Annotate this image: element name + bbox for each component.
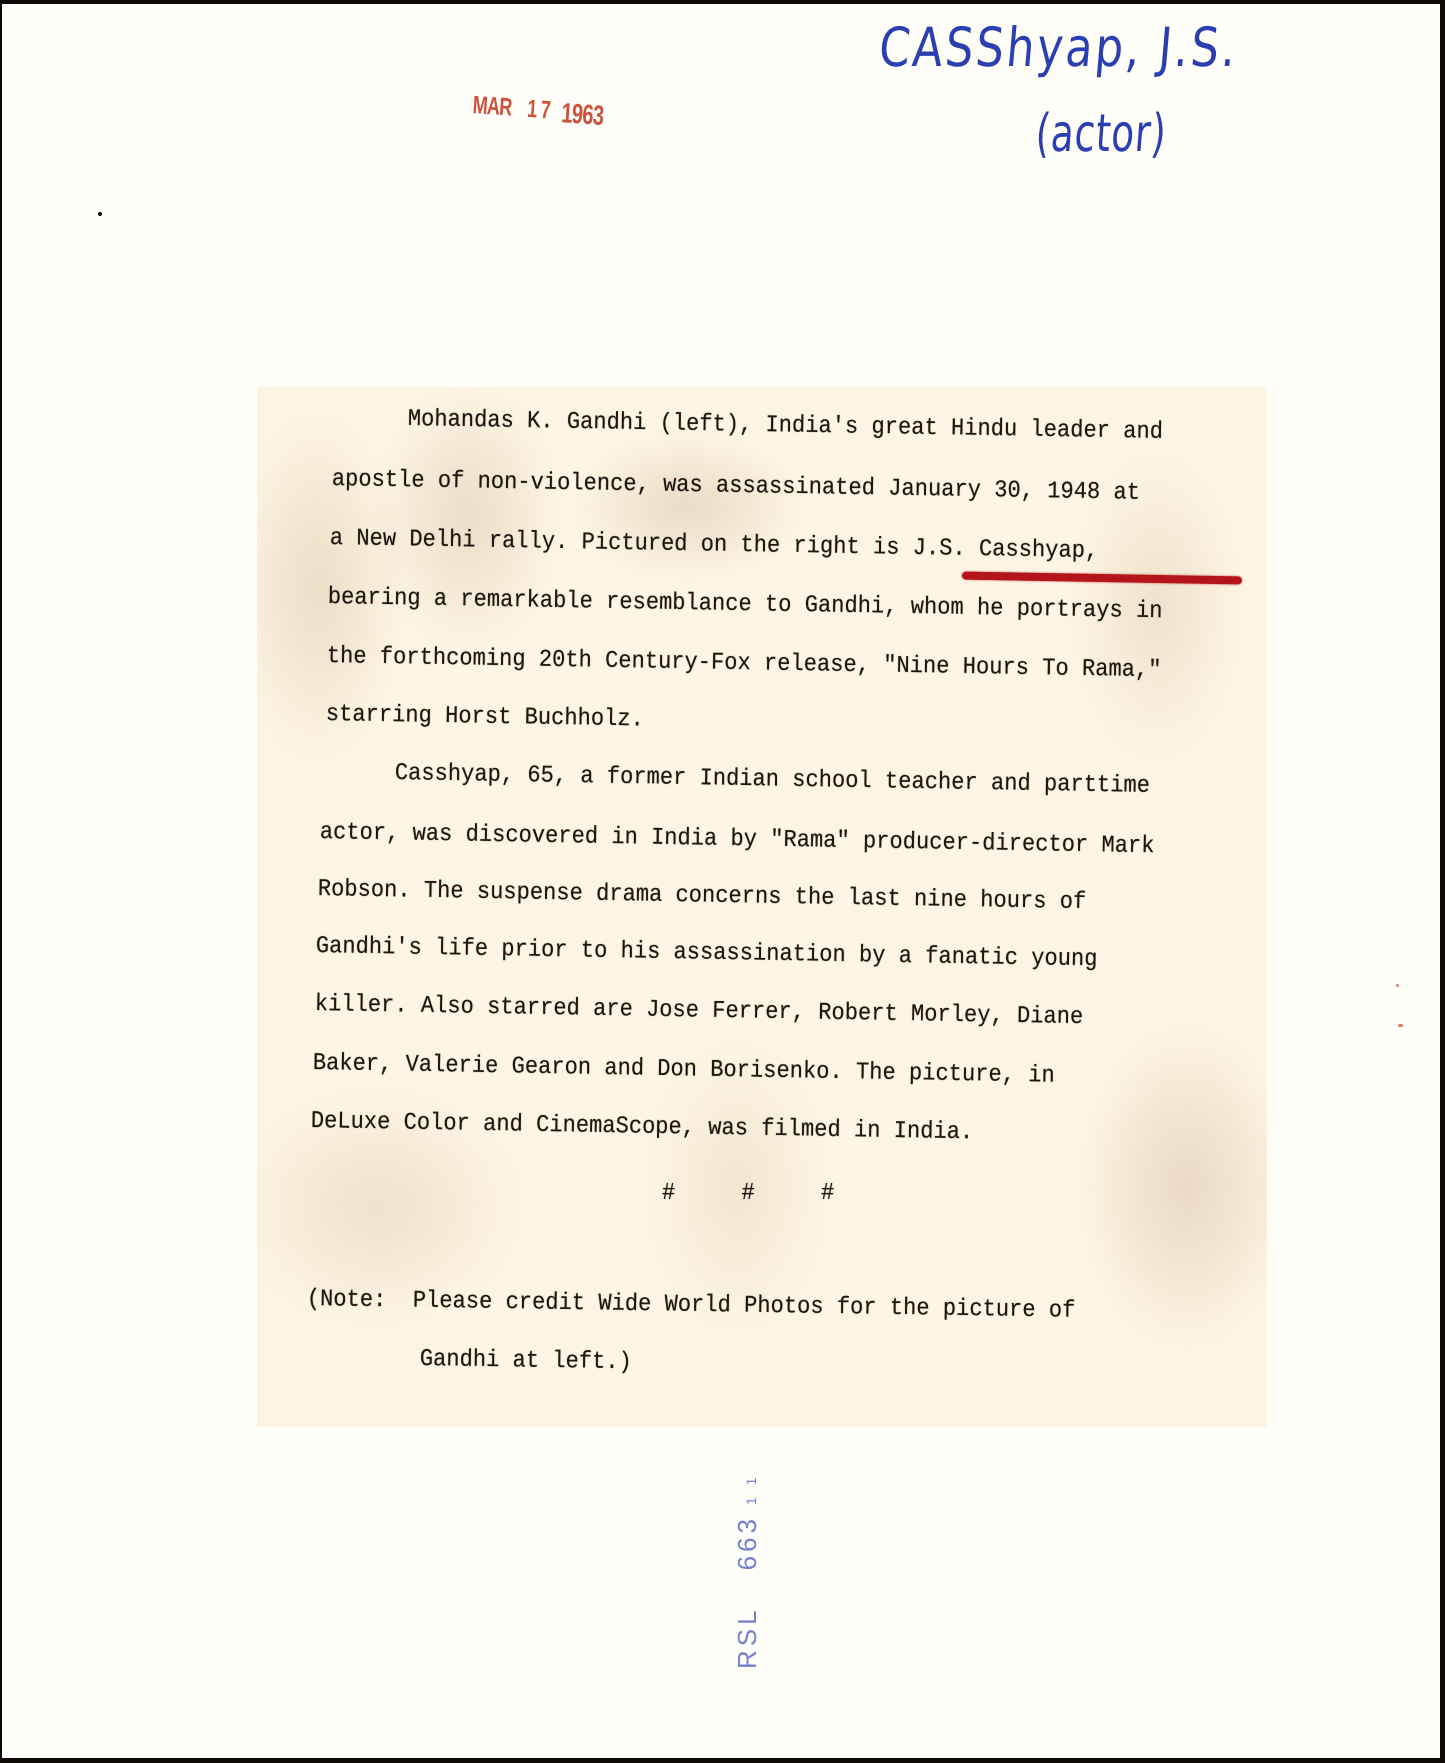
stamp-day: 1 7 bbox=[526, 95, 551, 126]
date-received-stamp: MAR 1 7 1963 bbox=[472, 88, 605, 129]
ink-dot bbox=[98, 212, 102, 216]
end-marks: # # # bbox=[662, 1180, 834, 1207]
red-ink-speck bbox=[1398, 1024, 1403, 1027]
stamp-month: MAR bbox=[472, 91, 513, 123]
handwritten-role: (actor) bbox=[1033, 104, 1168, 164]
caption-line: starring Horst Buchholz. bbox=[326, 701, 644, 733]
credit-note-line: Gandhi at left.) bbox=[420, 1346, 632, 1376]
archive-code-prefix: RSL bbox=[732, 1606, 762, 1669]
photo-back-sheet: MAR 1 7 1963 CASShyap, J.S. (actor) Moha… bbox=[2, 4, 1440, 1758]
archive-code-number: 663 bbox=[732, 1515, 762, 1570]
handwritten-name: CASShyap, J.S. bbox=[877, 16, 1241, 79]
stamp-year: 1963 bbox=[560, 97, 604, 132]
archive-code-stamp: RSL6631 1 bbox=[732, 1474, 763, 1669]
archive-code-suffix: 1 1 bbox=[743, 1474, 759, 1505]
red-ink-speck bbox=[1396, 984, 1399, 987]
